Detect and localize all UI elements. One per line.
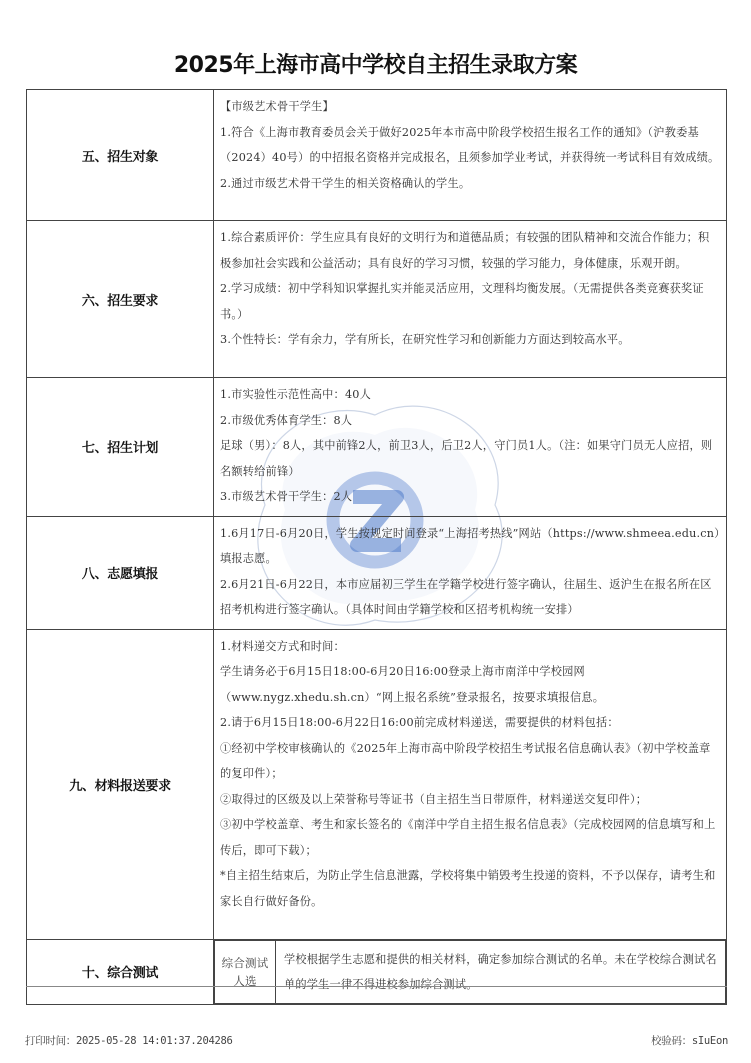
section-label: 七、招生计划 (27, 378, 214, 517)
content-line: 2.通过市级艺术骨干学生的相关资格确认的学生。 (220, 171, 720, 197)
content-line: ③初中学校盖章、考生和家长签名的《南洋中学自主招生报名信息表》（完成校园网的信息… (220, 812, 720, 863)
sub-table: 综合测试人选 学校根据学生志愿和提供的相关材料，确定参加综合测试的名单。未在学校… (214, 940, 726, 1004)
section-content: 1.6月17日-6月20日，学生按规定时间登录“上海招考热线”网站（https:… (214, 516, 727, 629)
content-line: 3.个性特长：学有余力，学有所长，在研究性学习和创新能力方面达到较高水平。 (220, 327, 720, 353)
section-content: 综合测试人选 学校根据学生志愿和提供的相关材料，确定参加综合测试的名单。未在学校… (214, 939, 727, 1004)
content-line: 2.6月21日-6月22日，本市应届初三学生在学籍学校进行签字确认，往届生、返沪… (220, 572, 720, 623)
content-line: 足球（男）：8人，其中前锋2人，前卫3人，后卫2人，守门员1人。（注：如果守门员… (220, 433, 720, 484)
print-time: 打印时间：2025-05-28 14:01:37.204286 (25, 1033, 233, 1048)
content-line: *自主招生结束后，为防止学生信息泄露，学校将集中销毁考生投递的资料，不予以保存，… (220, 863, 720, 914)
content-line: 1.综合素质评价：学生应具有良好的文明行为和道德品质；有较强的团队精神和交流合作… (220, 225, 720, 276)
content-line: ②取得过的区级及以上荣誉称号等证书（自主招生当日带原件，材料递送交复印件）； (220, 787, 720, 813)
divider (26, 986, 727, 987)
section-content: 1.市实验性示范性高中：40人 2.市级优秀体育学生：8人 足球（男）：8人，其… (214, 378, 727, 517)
section-content: 1.材料递交方式和时间： 学生请务必于6月15日18:00-6月20日16:00… (214, 629, 727, 939)
section-row-recruitment-target: 五、招生对象 【市级艺术骨干学生】 1.符合《上海市教育委员会关于做好2025年… (27, 90, 727, 221)
content-line: ①经初中学校审核确认的《2025年上海市高中阶段学校招生考试报名信息确认表》（初… (220, 736, 720, 787)
content-line: 学校根据学生志愿和提供的相关材料，确定参加综合测试的名单。未在学校综合测试名单的… (276, 940, 726, 1003)
check-code: 校验码：sIuEon (651, 1033, 728, 1048)
section-label: 五、招生对象 (27, 90, 214, 221)
content-line: 2.学习成绩：初中学科知识掌握扎实并能灵活应用，文理科均衡发展。（无需提供各类竞… (220, 276, 720, 327)
section-row-application: 八、志愿填报 1.6月17日-6月20日，学生按规定时间登录“上海招考热线”网站… (27, 516, 727, 629)
content-line: 2.市级优秀体育学生：8人 (220, 408, 720, 434)
content-line: 1.材料递交方式和时间： (220, 634, 720, 660)
document-title: 2025年上海市高中学校自主招生录取方案 (0, 48, 751, 79)
admission-plan-table: 五、招生对象 【市级艺术骨干学生】 1.符合《上海市教育委员会关于做好2025年… (26, 89, 727, 1005)
section-label: 八、志愿填报 (27, 516, 214, 629)
section-content: 【市级艺术骨干学生】 1.符合《上海市教育委员会关于做好2025年本市高中阶段学… (214, 90, 727, 221)
content-line: 1.6月17日-6月20日，学生按规定时间登录“上海招考热线”网站（https:… (220, 521, 720, 572)
content-line: 1.符合《上海市教育委员会关于做好2025年本市高中阶段学校招生报名工作的通知》… (220, 120, 720, 171)
section-row-requirements: 六、招生要求 1.综合素质评价：学生应具有良好的文明行为和道德品质；有较强的团队… (27, 221, 727, 378)
content-line: 学生请务必于6月15日18:00-6月20日16:00登录上海市南洋中学校园网（… (220, 659, 720, 710)
section-label: 九、材料报送要求 (27, 629, 214, 939)
content-line: 2.请于6月15日18:00-6月22日16:00前完成材料递送，需要提供的材料… (220, 710, 720, 736)
section-content: 1.综合素质评价：学生应具有良好的文明行为和道德品质；有较强的团队精神和交流合作… (214, 221, 727, 378)
sub-label: 综合测试人选 (215, 940, 276, 1003)
content-line: 3.市级艺术骨干学生：2人 (220, 484, 720, 510)
section-row-comprehensive-test: 十、综合测试 综合测试人选 学校根据学生志愿和提供的相关材料，确定参加综合测试的… (27, 939, 727, 1004)
section-label: 十、综合测试 (27, 939, 214, 1004)
section-row-materials: 九、材料报送要求 1.材料递交方式和时间： 学生请务必于6月15日18:00-6… (27, 629, 727, 939)
section-row-enrollment-plan: 七、招生计划 1.市实验性示范性高中：40人 2.市级优秀体育学生：8人 足球（… (27, 378, 727, 517)
content-line: 1.市实验性示范性高中：40人 (220, 382, 720, 408)
content-line: 【市级艺术骨干学生】 (220, 94, 720, 120)
section-label: 六、招生要求 (27, 221, 214, 378)
